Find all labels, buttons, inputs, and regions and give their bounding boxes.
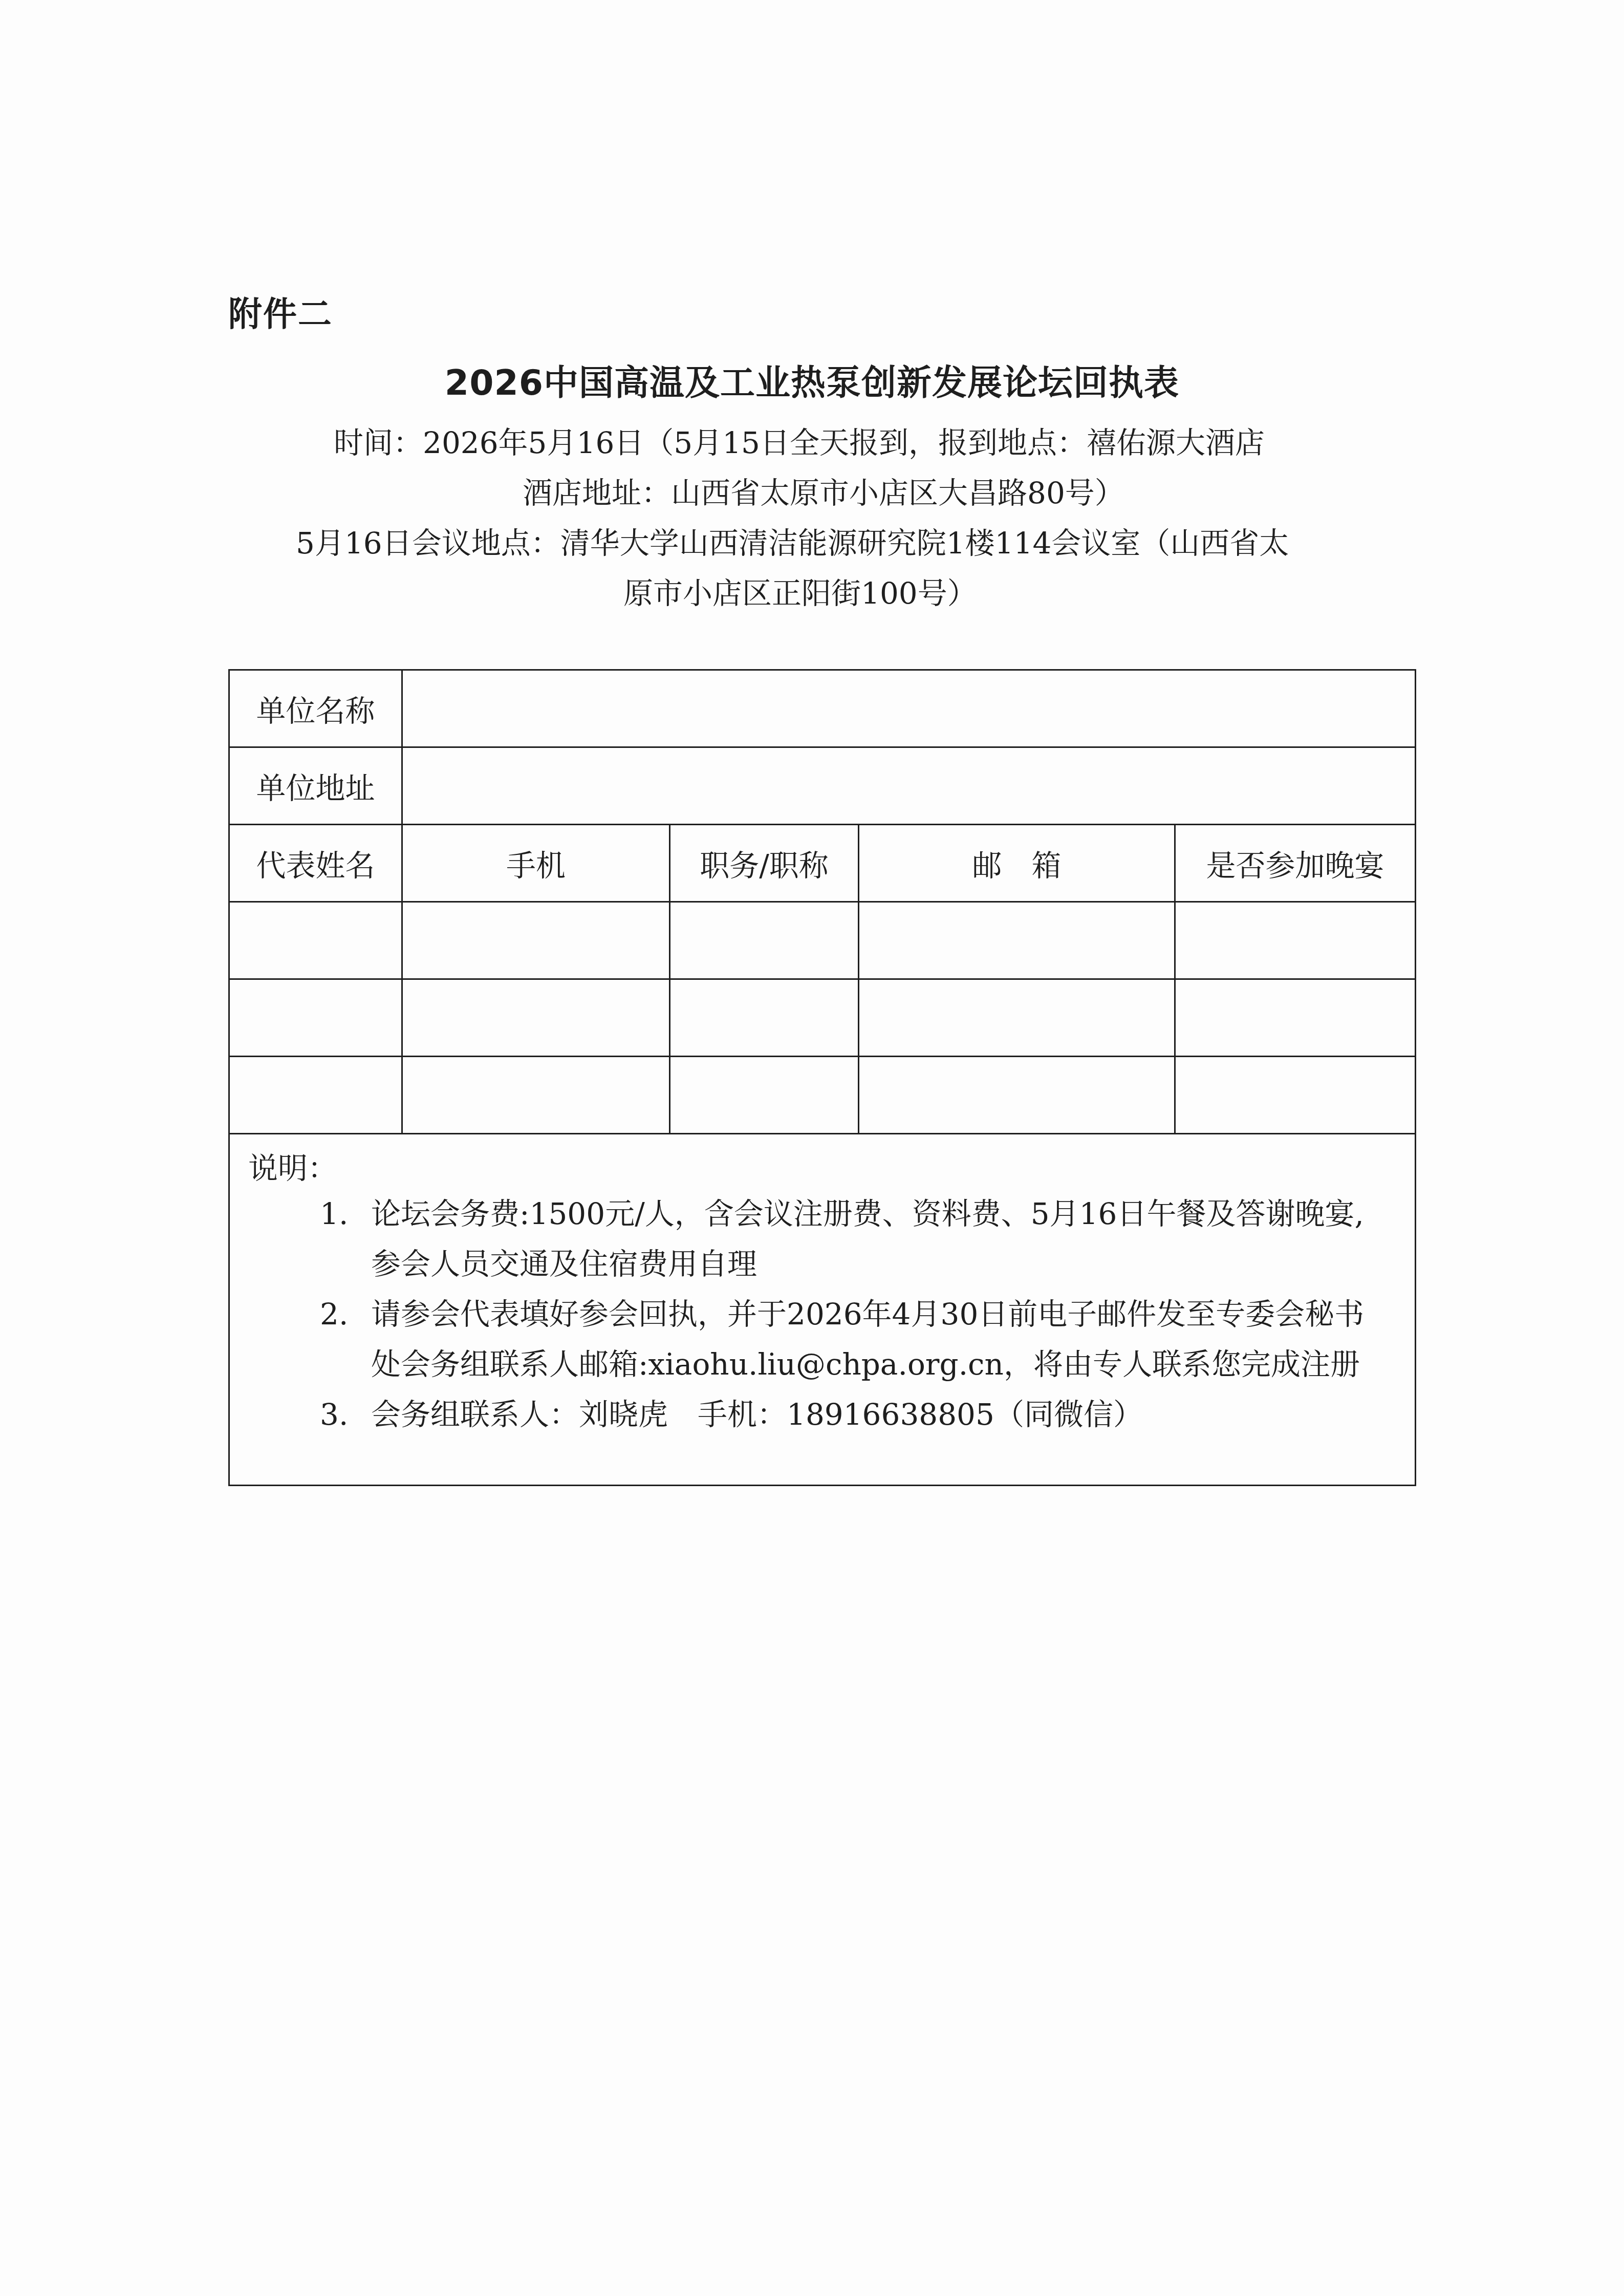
dinner-cell[interactable] bbox=[1175, 902, 1416, 979]
col-header-mobile: 手机 bbox=[402, 825, 670, 902]
org-name-label: 单位名称 bbox=[229, 670, 402, 747]
col-header-position: 职务/职称 bbox=[670, 825, 859, 902]
org-name-field[interactable] bbox=[402, 670, 1416, 747]
position-cell[interactable] bbox=[670, 902, 859, 979]
document-title: 2026中国高温及工业热泵创新发展论坛回执表 bbox=[0, 355, 1624, 405]
note-text: 论坛会务费:1500元/人，含会议注册费、资料费、5月16日午餐及答谢晚宴,参会… bbox=[371, 1189, 1402, 1289]
info-line-venue-address: 原市小店区正阳街100号） bbox=[623, 575, 977, 611]
note-number: 3. bbox=[248, 1389, 371, 1440]
note-number: 2. bbox=[248, 1289, 371, 1389]
rep-name-cell[interactable] bbox=[229, 902, 402, 979]
org-address-row: 单位地址 bbox=[229, 747, 1416, 825]
col-header-name: 代表姓名 bbox=[229, 825, 402, 902]
registration-form-table: 单位名称 单位地址 代表姓名 手机 职务/职称 邮 箱 是否参加晚宴 说明： bbox=[228, 669, 1416, 1486]
note-item: 3. 会务组联系人：刘晓虎 手机：18916638805（同微信） bbox=[248, 1389, 1402, 1440]
col-header-dinner: 是否参加晚宴 bbox=[1175, 825, 1416, 902]
info-line-venue: 5月16日会议地点：清华大学山西清洁能源研究院1楼114会议室（山西省太 bbox=[296, 525, 1289, 561]
info-line-time: 时间：2026年5月16日（5月15日全天报到，报到地点：禧佑源大酒店 bbox=[334, 425, 1265, 461]
mobile-cell[interactable] bbox=[402, 902, 670, 979]
email-cell[interactable] bbox=[859, 979, 1175, 1057]
note-number: 1. bbox=[248, 1189, 371, 1289]
position-cell[interactable] bbox=[670, 1057, 859, 1134]
org-name-row: 单位名称 bbox=[229, 670, 1416, 747]
note-text: 会务组联系人：刘晓虎 手机：18916638805（同微信） bbox=[371, 1389, 1402, 1440]
notes-title: 说明： bbox=[248, 1148, 1402, 1189]
email-cell[interactable] bbox=[859, 902, 1175, 979]
rep-name-cell[interactable] bbox=[229, 979, 402, 1057]
note-item: 1. 论坛会务费:1500元/人，含会议注册费、资料费、5月16日午餐及答谢晚宴… bbox=[248, 1189, 1402, 1289]
org-address-label: 单位地址 bbox=[229, 747, 402, 825]
table-row bbox=[229, 902, 1416, 979]
note-text: 请参会代表填好参会回执，并于2026年4月30日前电子邮件发至专委会秘书处会务组… bbox=[371, 1289, 1402, 1389]
info-line-hotel-address: 酒店地址：山西省太原市小店区大昌路80号） bbox=[523, 475, 1124, 511]
notes-cell: 说明： 1. 论坛会务费:1500元/人，含会议注册费、资料费、5月16日午餐及… bbox=[229, 1134, 1416, 1486]
rep-name-cell[interactable] bbox=[229, 1057, 402, 1134]
notes-row: 说明： 1. 论坛会务费:1500元/人，含会议注册费、资料费、5月16日午餐及… bbox=[229, 1134, 1416, 1486]
dinner-cell[interactable] bbox=[1175, 979, 1416, 1057]
attachment-label: 附件二 bbox=[228, 287, 333, 335]
note-item: 2. 请参会代表填好参会回执，并于2026年4月30日前电子邮件发至专委会秘书处… bbox=[248, 1289, 1402, 1389]
col-header-email: 邮 箱 bbox=[859, 825, 1175, 902]
table-header-row: 代表姓名 手机 职务/职称 邮 箱 是否参加晚宴 bbox=[229, 825, 1416, 902]
email-cell[interactable] bbox=[859, 1057, 1175, 1134]
org-address-field[interactable] bbox=[402, 747, 1416, 825]
table-row bbox=[229, 1057, 1416, 1134]
table-row bbox=[229, 979, 1416, 1057]
dinner-cell[interactable] bbox=[1175, 1057, 1416, 1134]
position-cell[interactable] bbox=[670, 979, 859, 1057]
mobile-cell[interactable] bbox=[402, 979, 670, 1057]
mobile-cell[interactable] bbox=[402, 1057, 670, 1134]
